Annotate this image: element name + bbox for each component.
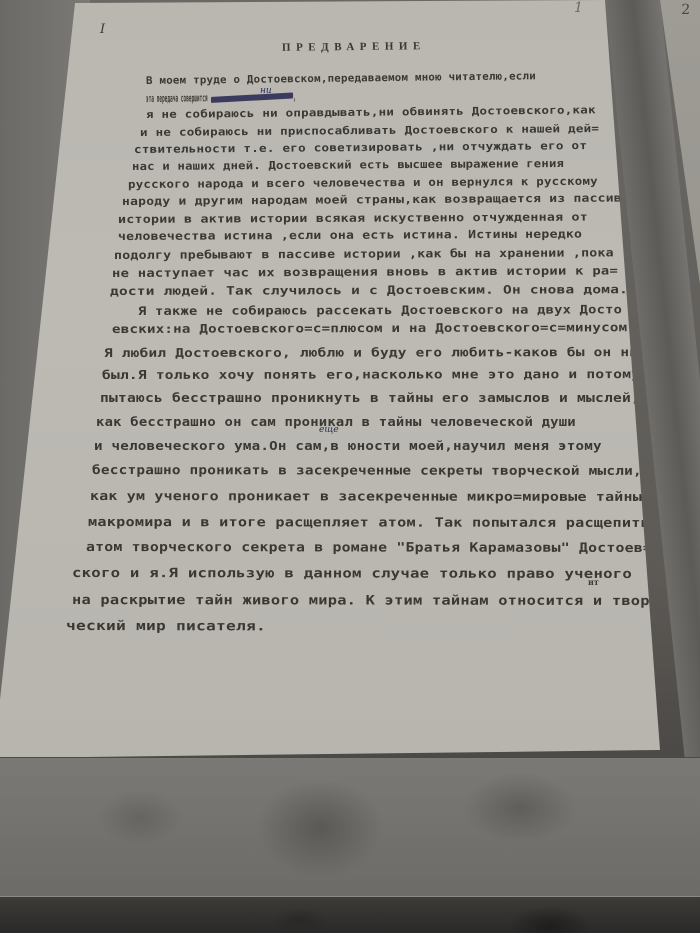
struck-out-text: ▬▬▬▬▬▬▬▬▬▬▬▬▬▬▬▬	[211, 92, 293, 102]
typed-line-text: пытаюсь бесстрашно проникнуть в тайны ег…	[100, 391, 640, 405]
typed-line: подолгу пребывают в пассиве истории ,как…	[114, 245, 614, 262]
typed-line-text: атом творческого секрета в романе "Брать…	[86, 540, 652, 556]
lower-background	[0, 896, 700, 933]
typed-line: на раскрытие тайн живого мира. К этим та…	[72, 593, 650, 609]
typed-line: Я также не собираюсь рассекать Достоевск…	[138, 302, 622, 318]
typed-line-text: В моем труде о Достоевском,передаваемом …	[146, 70, 536, 87]
typed-line: эта передача совершится▬▬▬▬▬▬▬▬▬▬▬▬▬▬▬▬,	[146, 91, 296, 105]
typed-line: нас и наших дней. Достоевский есть высше…	[132, 157, 564, 173]
typed-line: был.Я только хочу понять его,насколько м…	[102, 367, 640, 382]
typed-line-text: не наступает час их возвращения вновь в …	[112, 263, 618, 280]
typed-line: и человеческого ума.Он сам,в юности моей…	[94, 438, 602, 453]
translucent-sleeve-background	[0, 757, 700, 898]
photo-scene: 2 I 1 ПРЕДВАРЕНИЕ В моем труде о Достоев…	[0, 0, 700, 933]
typed-line-text: Я также не собираюсь рассекать Достоевск…	[138, 302, 622, 318]
typed-line-text: подолгу пребывают в пассиве истории ,как…	[114, 245, 614, 262]
typed-line: народу и другим народам моей страны,как …	[122, 191, 630, 208]
typed-line: русского народа и всего человечества и о…	[128, 175, 598, 191]
typed-line-text: ческий мир писателя.	[66, 619, 266, 634]
page-number: 1	[574, 0, 583, 16]
handwritten-correction-nt: нт	[588, 577, 599, 587]
document-title: ПРЕДВАРЕНИЕ	[282, 40, 426, 54]
typed-line-text: евских:на Достоевского=с=плюсом и на Дос…	[112, 320, 636, 336]
typed-line: не наступает час их возвращения вновь в …	[112, 263, 618, 280]
typewritten-page: I 1 ПРЕДВАРЕНИЕ В моем труде о Достоевск…	[0, 0, 700, 760]
typed-line-text: бесстрашно проникать в засекреченные сек…	[92, 462, 642, 478]
typed-line-text: на раскрытие тайн живого мира. К этим та…	[72, 593, 650, 609]
typed-line: ского и я.Я использую в данном случае то…	[72, 566, 632, 582]
typed-line: атом творческого секрета в романе "Брать…	[86, 540, 652, 556]
typed-line: ческий мир писателя.	[66, 619, 266, 634]
typed-line-text: ствительности т.е. его советизировать ,н…	[134, 139, 587, 156]
typed-line-text: русского народа и всего человечества и о…	[128, 175, 598, 191]
typed-line: как ум ученого проникает в засекреченные…	[90, 488, 642, 504]
adjacent-page-number: 2	[680, 2, 691, 18]
typed-line-text: как ум ученого проникает в засекреченные…	[90, 488, 642, 504]
typed-line: Я любил Достоевского, люблю и буду его л…	[104, 345, 638, 360]
typed-line-text: и не собираюсь ни приспосабливать Достое…	[140, 122, 599, 139]
typed-line-text: был.Я только хочу понять его,насколько м…	[102, 367, 640, 382]
typed-line: В моем труде о Достоевском,передаваемом …	[146, 70, 536, 87]
typed-line-text: и человеческого ума.Он сам,в юности моей…	[94, 438, 602, 453]
typed-line-text: дости людей. Так случилось и с Достоевск…	[110, 282, 628, 298]
typed-line: и не собираюсь ни приспосабливать Достое…	[140, 122, 599, 139]
typed-line: макромира и в итоге расщепляет атом. Так…	[88, 514, 650, 530]
corner-roman-mark: I	[100, 22, 105, 37]
typed-line-text: ского и я.Я использую в данном случае то…	[72, 566, 632, 582]
typed-line-text: Я любил Достоевского, люблю и буду его л…	[104, 345, 638, 360]
handwritten-correction-ni: ни	[260, 86, 272, 96]
punctuation: ,	[293, 91, 296, 103]
typed-line: евских:на Достоевского=с=плюсом и на Дос…	[112, 320, 636, 336]
typed-line: ствительности т.е. его советизировать ,н…	[134, 139, 587, 156]
typed-line-text: истории в актив истории всякая искуствен…	[118, 211, 588, 226]
typed-line: бесстрашно проникать в засекреченные сек…	[92, 462, 642, 478]
typed-line: человечества истина ,если она есть истин…	[118, 228, 582, 243]
typed-line: пытаюсь бесстрашно проникнуть в тайны ег…	[100, 391, 640, 405]
typed-line-text: человечества истина ,если она есть истин…	[118, 228, 582, 243]
typed-line-text: макромира и в итоге расщепляет атом. Так…	[88, 514, 650, 530]
typed-line: истории в актив истории всякая искуствен…	[118, 211, 588, 226]
handwritten-insertion-eshche: еще	[319, 425, 339, 435]
typed-line-text: нас и наших дней. Достоевский есть высше…	[132, 157, 564, 173]
typed-line-text: эта передача совершится	[146, 92, 208, 105]
typed-line-text: народу и другим народам моей страны,как …	[122, 191, 630, 208]
typed-line: дости людей. Так случилось и с Достоевск…	[110, 282, 628, 298]
